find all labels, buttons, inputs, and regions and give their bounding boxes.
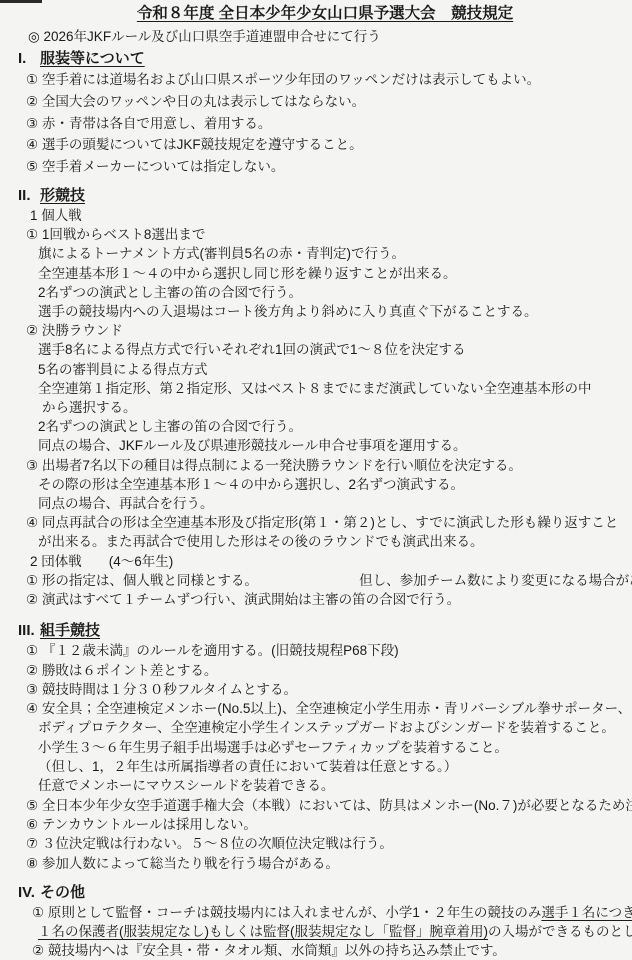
rule-line: ⑤ 全日本少年少女空手道選手権大会（本戦）においては、防具はメンホー(No.７)… bbox=[26, 796, 632, 815]
subsection-team: 2 団体戦 (4～6年生) bbox=[30, 552, 632, 571]
section-attire: I.服装等について ① 空手着には道場名および山口県スポーツ少年団のワッペンだけ… bbox=[18, 49, 632, 178]
rule-line: ④ 安全具；全空連検定メンホー(No.5以上)、全空連検定小学生用赤・青リバーシ… bbox=[26, 699, 632, 718]
rule-line: が出来る。また再試合で使用した形はその後のラウンドでも演武出来る。 bbox=[38, 532, 632, 551]
rule-text-underlined: １名の保護者(服装規定なし)もしくは監督(服装規定なし「監督」腕章着用) bbox=[38, 924, 488, 939]
rule-line: 小学生３～６年生男子組手出場選手は必ずセーフティカップを装着すること。 bbox=[38, 738, 632, 757]
section-other-title: その他 bbox=[40, 884, 85, 901]
rule-line: ③ 赤・青帯は各自で用意し、着用する。 bbox=[26, 113, 632, 135]
section-kumite: III.組手競技 ① 『１２歳未満』のルールを適用する。(旧競技規程P68下段)… bbox=[18, 621, 632, 873]
document-page: 令和８年度 全日本少年少女山口県予選大会 競技規定 ◎ 2026年JKFルール及… bbox=[0, 0, 632, 960]
section-kumite-heading: III.組手競技 bbox=[18, 621, 632, 641]
rule-line: 5名の審判員による得点方式 bbox=[38, 360, 632, 379]
rule-line: 2名ずつの演武とし主審の笛の合図で行う。 bbox=[38, 417, 632, 436]
rule-line: ボディプロテクター、全空連検定小学生インステップガードおよびシンガードを装着する… bbox=[38, 718, 632, 737]
section-other-heading: IV.その他 bbox=[18, 883, 632, 903]
rule-line: 同点の場合、再試合を行う。 bbox=[38, 494, 632, 513]
rule-line: ② 競技場内へは『安全具・帯・タオル類、水筒類』以外の持ち込み禁止です。 bbox=[32, 941, 632, 960]
rule-line: ⑧ 参加人数によって総当たり戦を行う場合がある。 bbox=[26, 854, 632, 873]
section-other: IV.その他 ① 原則として監督・コーチは競技場内には入れませんが、小学1・２年… bbox=[18, 883, 632, 960]
section-attire-title: 服装等について bbox=[40, 50, 145, 67]
rule-line: ① 『１２歳未満』のルールを適用する。(旧競技規程P68下段) bbox=[26, 641, 632, 660]
rule-line: ⑦ ３位決定戦は行わない。５～８位の次順位決定戦は行う。 bbox=[26, 834, 632, 853]
rule-line: 任意でメンホーにマウスシールドを装着できる。 bbox=[38, 776, 632, 795]
rule-line: ③ 出場者7名以下の種目は得点制による一発決勝ラウンドを行い順位を決定する。 bbox=[26, 456, 632, 475]
section-attire-heading: I.服装等について bbox=[18, 49, 632, 69]
rule-line: 同点の場合、JKFルール及び県連形競技ルール申合せ事項を運用する。 bbox=[38, 436, 632, 455]
rule-line: から選択する。 bbox=[42, 398, 632, 417]
rule-line: １名の保護者(服装規定なし)もしくは監督(服装規定なし「監督」腕章着用)の入場が… bbox=[38, 922, 632, 941]
page-title-text: 令和８年度 全日本少年少女山口県予選大会 競技規定 bbox=[137, 5, 513, 22]
applied-rules-note: ◎ 2026年JKFルール及び山口県空手道連盟申合せにて行う bbox=[28, 26, 632, 47]
rule-line: ② 決勝ラウンド bbox=[26, 321, 632, 340]
rule-line: ② 全国大会のワッペンや日の丸は表示してはならない。 bbox=[26, 91, 632, 113]
rule-line: 選手の競技場内への入退場はコート後方角より斜めに入り真直ぐ下がることする。 bbox=[38, 302, 632, 321]
rule-text: ① 原則として監督・コーチは競技場内には入れませんが、小学1・２年生の競技のみ bbox=[32, 905, 541, 920]
section-kumite-title: 組手競技 bbox=[40, 622, 100, 639]
scan-artifact bbox=[0, 0, 42, 3]
section-other-number: IV. bbox=[18, 883, 40, 903]
rule-line: ④ 選手の頭髪についてはJKF競技規定を遵守すること。 bbox=[26, 134, 632, 156]
rule-line: ④ 同点再試合の形は全空連基本形及び指定形(第１・第２)とし、すでに演武した形も… bbox=[26, 513, 632, 532]
rule-line: ③ 競技時間は１分３０秒フルタイムとする。 bbox=[26, 680, 632, 699]
section-kata-number: II. bbox=[18, 186, 40, 206]
section-kumite-number: III. bbox=[18, 621, 40, 641]
page-title: 令和８年度 全日本少年少女山口県予選大会 競技規定 bbox=[18, 3, 632, 24]
subsection-individual: 1 個人戦 bbox=[30, 206, 632, 225]
rule-line: （但し、1，２年生は所属指導者の責任において装着は任意とする。） bbox=[38, 757, 632, 776]
rule-line: 選手8名による得点方式で行いそれぞれ1回の演武で1～８位を決定する bbox=[38, 340, 632, 359]
rule-line: ② 勝敗は６ポイント差とする。 bbox=[26, 661, 632, 680]
rule-text: の入場ができるものとします。 bbox=[488, 924, 632, 939]
rule-line: ⑥ テンカウントルールは採用しない。 bbox=[26, 815, 632, 834]
section-kata: II.形競技 1 個人戦 ① 1回戦からベスト8選出まで 旗によるトーナメント方… bbox=[18, 186, 632, 609]
rule-line: ① 形の指定は、個人戦と同様とする。 但し、参加チーム数により変更になる場合があ… bbox=[26, 571, 632, 590]
rule-line: ① 空手着には道場名および山口県スポーツ少年団のワッペンだけは表示してもよい。 bbox=[26, 69, 632, 91]
rule-line: 全空連第１指定形、第２指定形、又はベスト８までにまだ演武していない全空連基本形の… bbox=[38, 379, 632, 398]
section-attire-number: I. bbox=[18, 49, 40, 69]
rule-line: ② 演武はすべて１チームずつ行い、演武開始は主審の笛の合図で行う。 bbox=[26, 590, 632, 609]
rule-line: 2名ずつの演武とし主審の笛の合図で行う。 bbox=[38, 283, 632, 302]
rule-text-underlined: 選手１名につき、 bbox=[541, 905, 632, 920]
rule-line: 全空連基本形１～４の中から選択し同じ形を繰り返すことが出来る。 bbox=[38, 264, 632, 283]
rule-line: 旗によるトーナメント方式(審判員5名の赤・青判定)で行う。 bbox=[38, 244, 632, 263]
rule-line: ⑤ 空手着メーカーについては指定しない。 bbox=[26, 156, 632, 178]
section-kata-heading: II.形競技 bbox=[18, 186, 632, 206]
rule-line: その際の形は全空連基本形１～４の中から選択し、2名ずつ演武する。 bbox=[38, 475, 632, 494]
rule-line: ① 原則として監督・コーチは競技場内には入れませんが、小学1・２年生の競技のみ選… bbox=[32, 903, 632, 922]
section-kata-title: 形競技 bbox=[40, 187, 85, 204]
rule-line: ① 1回戦からベスト8選出まで bbox=[26, 225, 632, 244]
